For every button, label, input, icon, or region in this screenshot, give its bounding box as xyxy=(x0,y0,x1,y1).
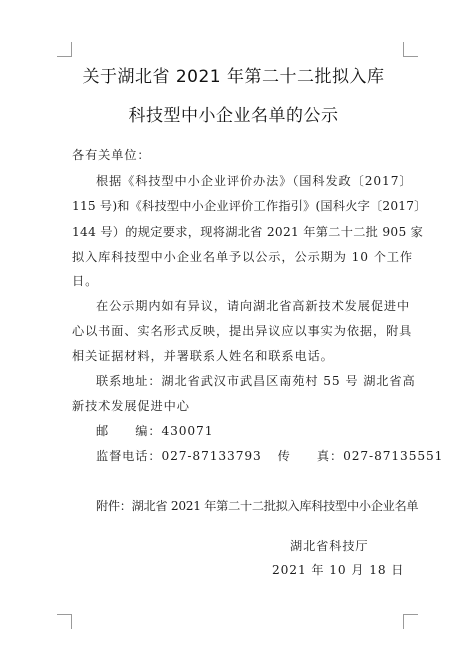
paragraph-1-line-5: 日。 xyxy=(72,273,406,289)
page-corner-mark-top-left xyxy=(57,42,72,57)
document-title-line-1: 关于湖北省 2021 年第二十二批拟入库 xyxy=(0,62,467,87)
paragraph-2-line-2: 心以书面、实名形式反映，提出异议应以事实为依据，附具 xyxy=(72,323,406,339)
attachment-line: 附件：湖北省 2021 年第二十二批拟入库科技型中小企业名单 xyxy=(96,498,430,514)
signature-date: 2021 年 10 月 18 日 xyxy=(272,562,404,578)
signature-organization: 湖北省科技厅 xyxy=(290,538,369,554)
paragraph-1-line-3: 144 号）的规定要求，现将湖北省 2021 年第二十二批 905 家 xyxy=(72,224,406,240)
contact-address-line-1: 联系地址：湖北省武汉市武昌区南苑村 55 号 湖北省高 xyxy=(96,373,406,389)
paragraph-1-line-2: 115 号)和《科技型中小企业评价工作指引》(国科火字〔2017〕 xyxy=(72,198,406,214)
paragraph-2-line-3: 相关证据材料，并署联系人姓名和联系电话。 xyxy=(72,348,406,364)
paragraph-1-line-4: 拟入库科技型中小企业名单予以公示，公示期为 10 个工作 xyxy=(72,249,406,265)
postcode-label: 邮 编： xyxy=(96,424,161,438)
document-title-line-2: 科技型中小企业名单的公示 xyxy=(0,101,467,126)
salutation: 各有关单位： xyxy=(72,147,406,163)
page-corner-mark-top-right xyxy=(403,42,418,57)
postcode-value: 430071 xyxy=(161,424,213,438)
fax-label: 传 真： xyxy=(278,449,343,463)
page-corner-mark-bottom-right xyxy=(403,614,418,629)
fax-value: 027-87135551 xyxy=(343,449,443,463)
paragraph-2-line-1: 在公示期内如有异议，请向湖北省高新技术发展促进中 xyxy=(96,298,406,314)
page-corner-mark-bottom-left xyxy=(57,614,72,629)
phone-value: 027-87133793 xyxy=(161,449,261,463)
phone-label: 监督电话： xyxy=(96,449,161,463)
phone-fax-row: 监督电话：027-87133793传 真：027-87135551 xyxy=(96,448,430,464)
postcode-row: 邮 编：430071 xyxy=(96,423,430,439)
paragraph-1-line-1: 根据《科技型中小企业评价办法》（国科发政〔2017〕 xyxy=(96,173,406,189)
contact-address-line-2: 新技术发展促进中心 xyxy=(72,398,406,414)
